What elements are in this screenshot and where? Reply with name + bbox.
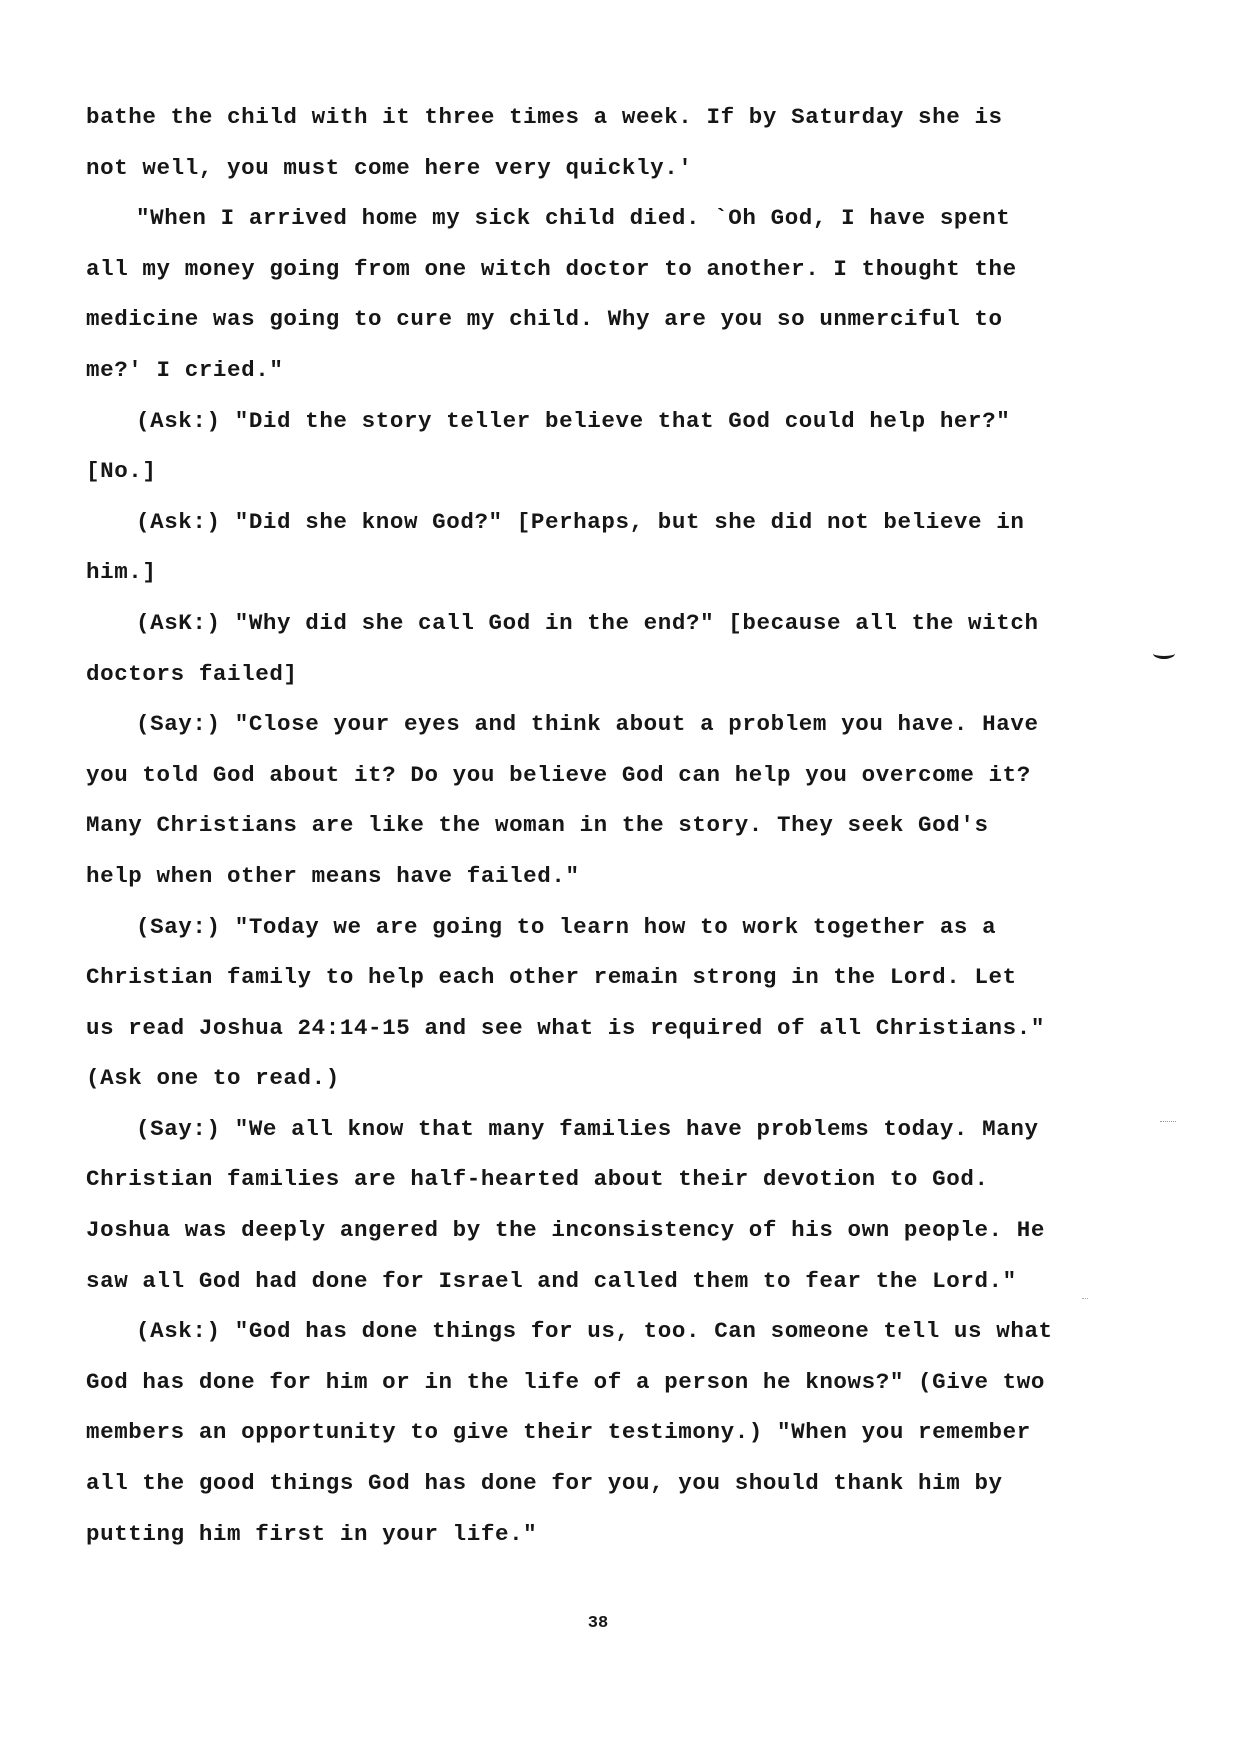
text-line: me?' I cried." [86, 345, 1146, 396]
text-line: (AsK:) "Why did she call God in the end?… [86, 598, 1146, 649]
text-line: you told God about it? Do you believe Go… [86, 750, 1146, 801]
text-line: "When I arrived home my sick child died.… [86, 193, 1146, 244]
text-line: (Ask:) "Did the story teller believe tha… [86, 396, 1146, 447]
text-line: us read Joshua 24:14-15 and see what is … [86, 1003, 1146, 1054]
text-line: all my money going from one witch doctor… [86, 244, 1146, 295]
text-line: Many Christians are like the woman in th… [86, 800, 1146, 851]
text-line: [No.] [86, 446, 1146, 497]
text-line: bathe the child with it three times a we… [86, 92, 1146, 143]
text-line: all the good things God has done for you… [86, 1458, 1146, 1509]
text-line: (Ask one to read.) [86, 1053, 1146, 1104]
document-page: bathe the child with it three times a we… [0, 0, 1240, 1753]
text-line: him.] [86, 547, 1146, 598]
margin-mark [1160, 1121, 1176, 1122]
text-line: medicine was going to cure my child. Why… [86, 294, 1146, 345]
text-line: (Say:) "Close your eyes and think about … [86, 699, 1146, 750]
text-line: (Ask:) "God has done things for us, too.… [86, 1306, 1146, 1357]
text-line: not well, you must come here very quickl… [86, 143, 1146, 194]
text-line: Christian family to help each other rema… [86, 952, 1146, 1003]
text-line: help when other means have failed." [86, 851, 1146, 902]
text-line: (Ask:) "Did she know God?" [Perhaps, but… [86, 497, 1146, 548]
margin-mark [1082, 1298, 1088, 1299]
text-line: God has done for him or in the life of a… [86, 1357, 1146, 1408]
text-line: saw all God had done for Israel and call… [86, 1256, 1146, 1307]
text-line: doctors failed] [86, 649, 1146, 700]
text-line: (Say:) "Today we are going to learn how … [86, 902, 1146, 953]
margin-mark [1153, 648, 1175, 659]
text-line: members an opportunity to give their tes… [86, 1407, 1146, 1458]
body-text: bathe the child with it three times a we… [86, 92, 1146, 1559]
page-number: 38 [0, 1614, 1196, 1633]
text-line: Joshua was deeply angered by the inconsi… [86, 1205, 1146, 1256]
text-line: Christian families are half-hearted abou… [86, 1154, 1146, 1205]
text-line: putting him first in your life." [86, 1509, 1146, 1560]
text-line: (Say:) "We all know that many families h… [86, 1104, 1146, 1155]
